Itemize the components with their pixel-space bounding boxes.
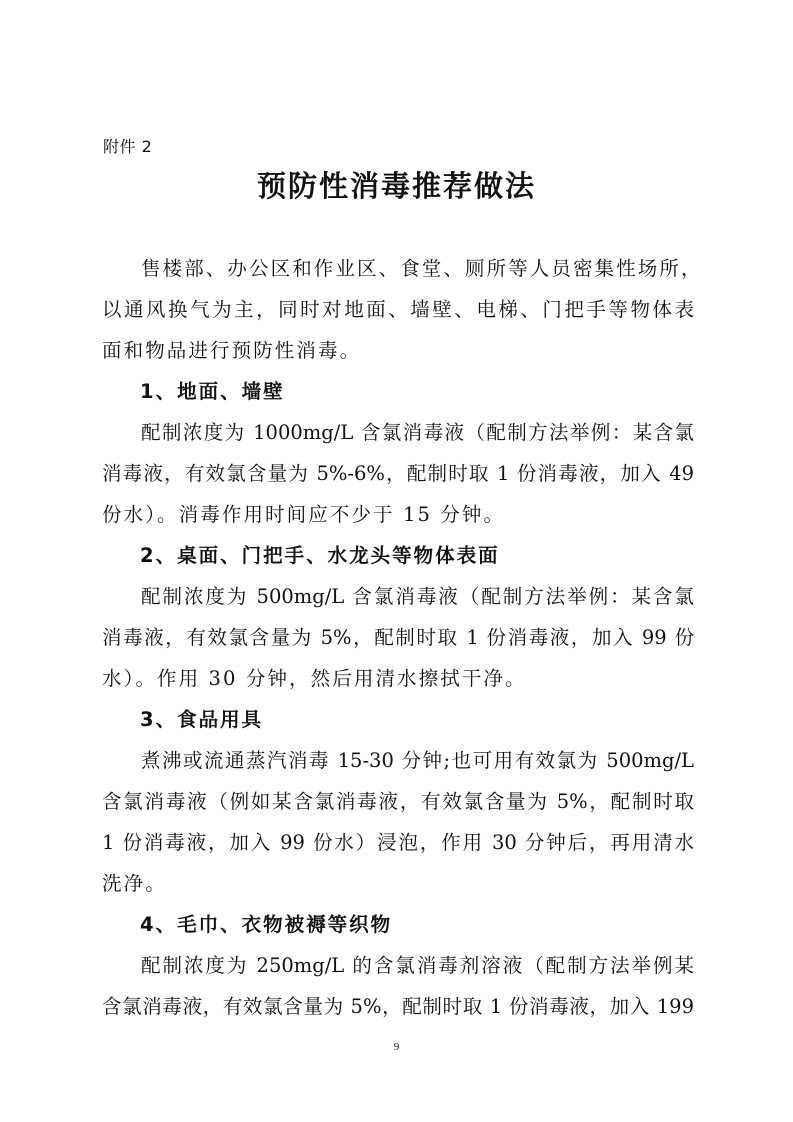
section-3-line-4: 洗净。	[102, 872, 694, 896]
section-2-line-2: 消毒液，有效氯含量为 5%，配制时取 1 份消毒液，加入 99 份	[102, 626, 694, 650]
section-1-line-3: 份水）。消毒作用时间应不少于 15 分钟。	[102, 503, 694, 527]
page-number: 9	[0, 1041, 793, 1053]
document-page: 附件 2 预防性消毒推荐做法 售楼部、办公区和作业区、食堂、厕所等人员密集性场所…	[0, 0, 793, 1122]
section-3-line-3: 1 份消毒液，加入 99 份水）浸泡，作用 30 分钟后，再用清水	[102, 831, 694, 855]
section-1-line-2: 消毒液，有效氯含量为 5%-6%，配制时取 1 份消毒液，加入 49	[102, 462, 694, 486]
section-heading-2: 2、桌面、门把手、水龙头等物体表面	[140, 544, 500, 568]
intro-line-3: 面和物品进行预防性消毒。	[102, 339, 694, 363]
document-title: 预防性消毒推荐做法	[0, 164, 793, 205]
section-heading-1: 1、地面、墙壁	[140, 380, 285, 404]
section-3-line-2: 含氯消毒液（例如某含氯消毒液，有效氯含量为 5%，配制时取	[102, 790, 694, 814]
section-4-line-2: 含氯消毒液，有效氯含量为 5%，配制时取 1 份消毒液，加入 199	[102, 995, 694, 1019]
section-2-line-1: 配制浓度为 500mg/L 含氯消毒液（配制方法举例：某含氯	[141, 585, 694, 609]
section-2-line-3: 水）。作用 30 分钟，然后用清水擦拭干净。	[102, 667, 694, 691]
intro-line-1: 售楼部、办公区和作业区、食堂、厕所等人员密集性场所，	[141, 257, 694, 281]
annex-label: 附件 2	[103, 134, 152, 157]
section-3-line-1: 煮沸或流通蒸汽消毒 15-30 分钟;也可用有效氯为 500mg/L	[141, 749, 694, 773]
section-4-line-1: 配制浓度为 250mg/L 的含氯消毒剂溶液（配制方法举例某	[141, 954, 694, 978]
section-heading-3: 3、食品用具	[140, 708, 263, 732]
section-heading-4: 4、毛巾、衣物被褥等织物	[140, 913, 392, 937]
intro-line-2: 以通风换气为主，同时对地面、墙壁、电梯、门把手等物体表	[102, 298, 694, 322]
section-1-line-1: 配制浓度为 1000mg/L 含氯消毒液（配制方法举例：某含氯	[141, 421, 694, 445]
